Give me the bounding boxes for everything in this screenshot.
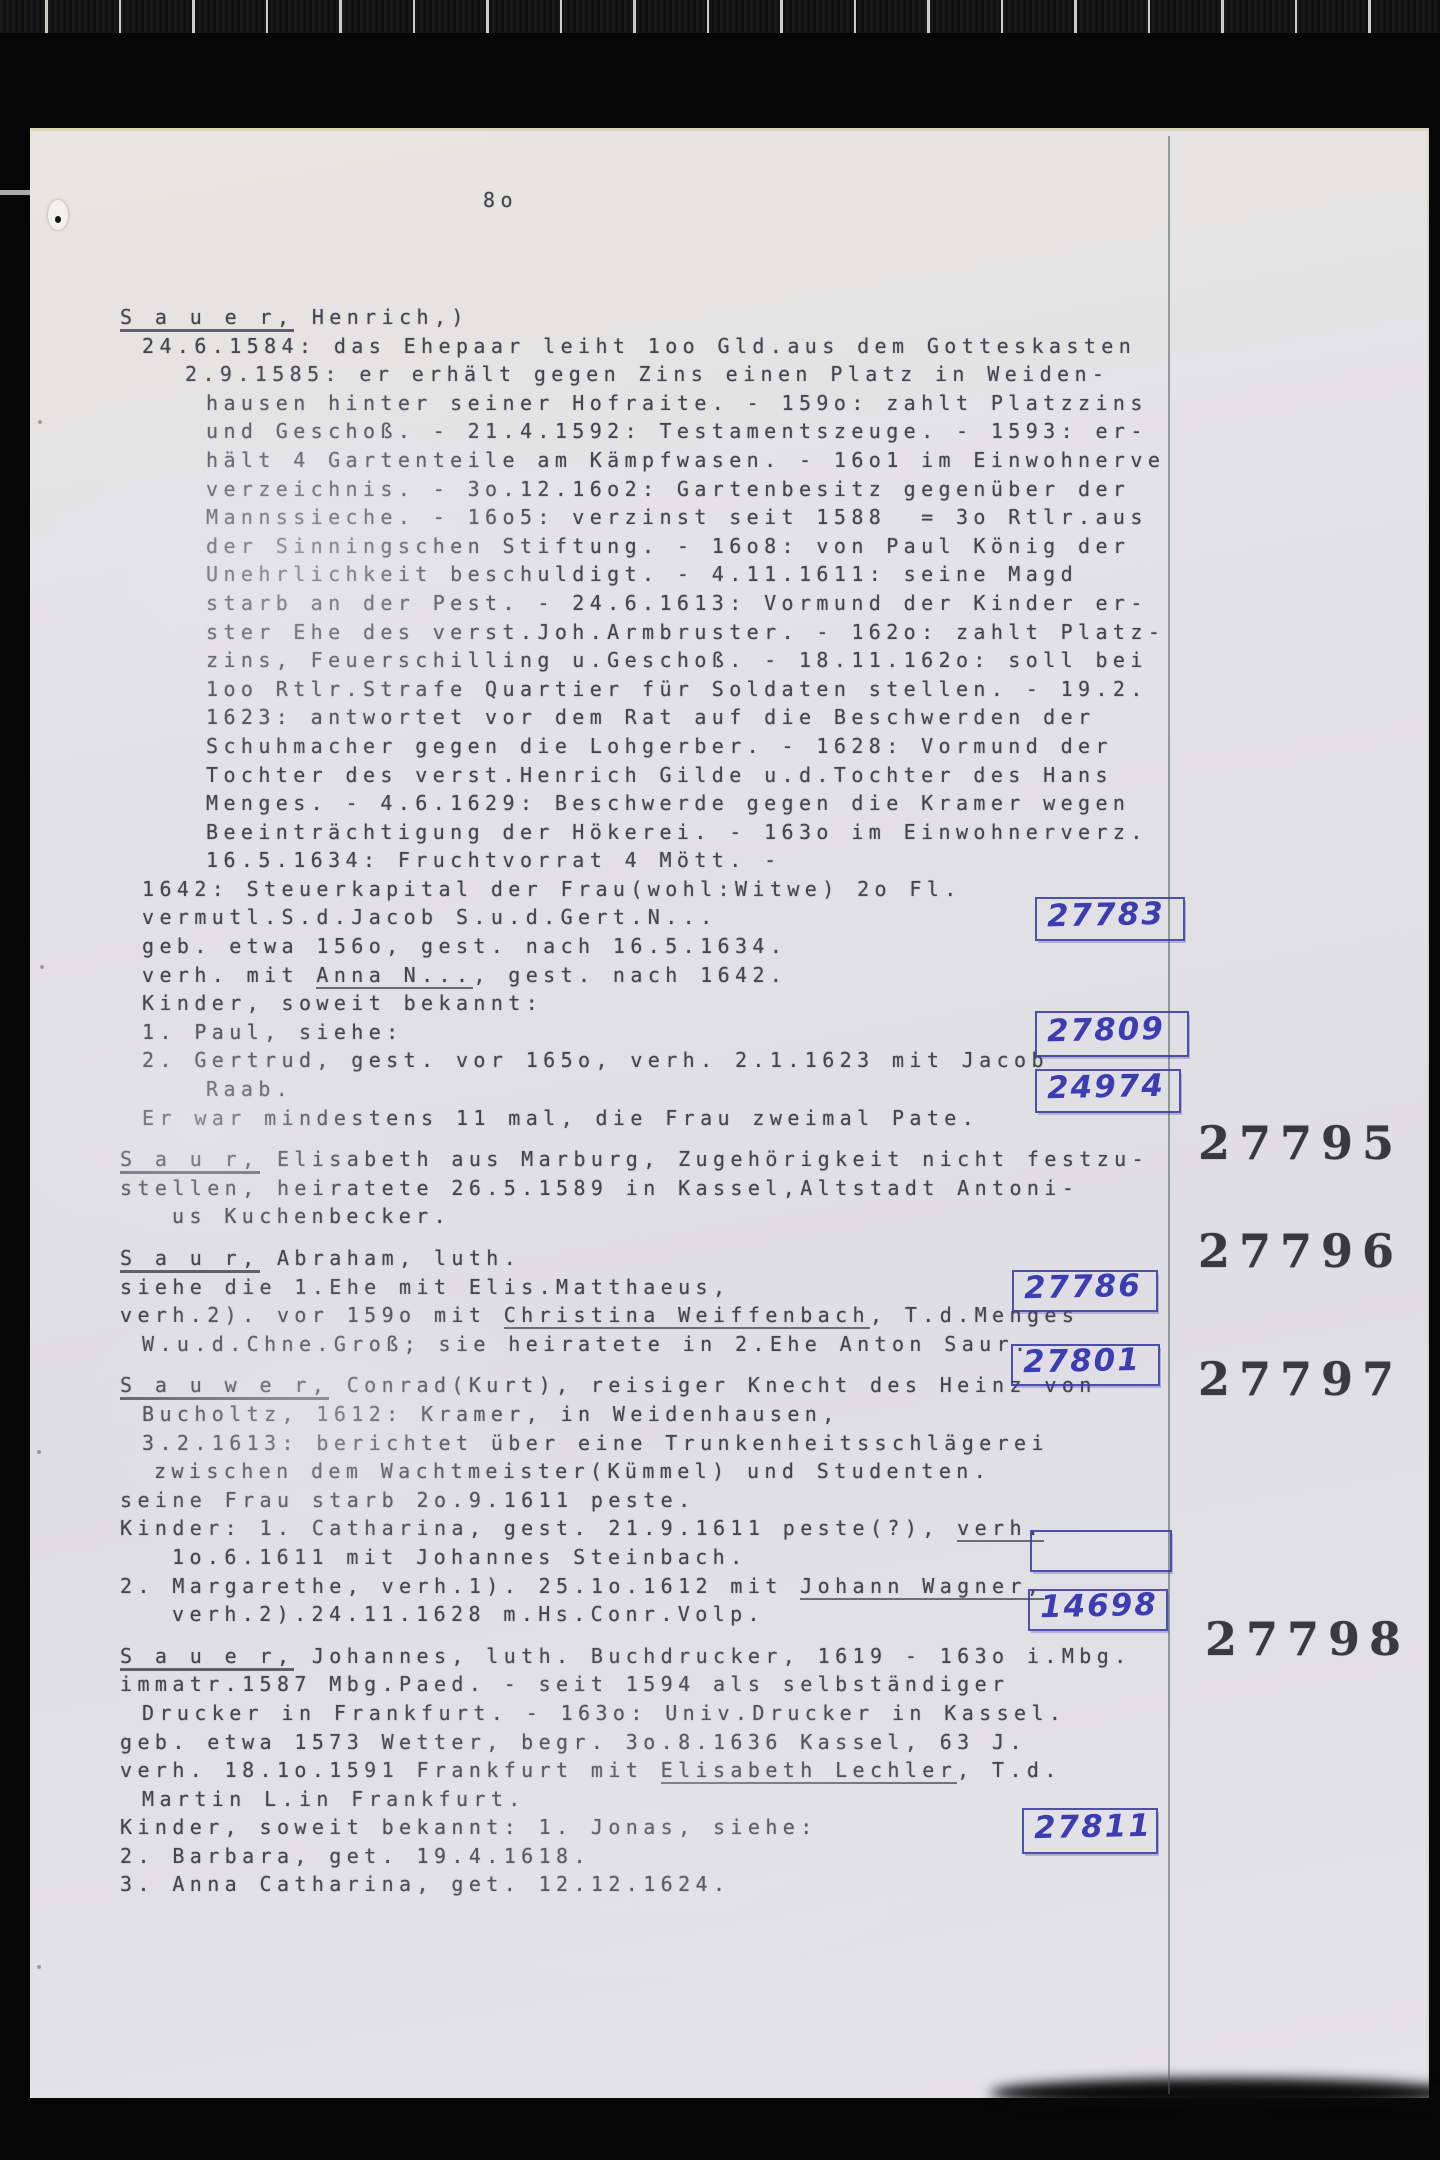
text-line: verh. mit Anna N..., gest. nach 1642. bbox=[120, 961, 1350, 990]
text-line: Martin L.in Frankfurt. bbox=[120, 1785, 1350, 1814]
film-frame-tick bbox=[1295, 0, 1298, 33]
text-segment: 24.6.1584: das Ehepaar leiht 1oo Gld.aus… bbox=[142, 334, 1136, 358]
text-segment: Tochter des verst.Henrich Gilde u.d.Toch… bbox=[206, 763, 1113, 787]
text-segment: und Geschoß. - 21.4.1592: Testamentszeug… bbox=[206, 419, 1148, 443]
text-line: seine Frau starb 2o.9.1611 peste. bbox=[120, 1486, 1350, 1515]
text-segment: hausen hinter seiner Hofraite. - 159o: z… bbox=[206, 391, 1148, 415]
text-segment: 1. Paul, siehe: bbox=[142, 1020, 404, 1044]
film-frame-tick bbox=[486, 0, 489, 33]
film-frame-tick bbox=[633, 0, 636, 33]
reference-number-box: 24974 bbox=[1035, 1069, 1181, 1113]
text-line: Schuhmacher gegen die Lohgerber. - 1628:… bbox=[120, 732, 1350, 761]
text-line: Kinder, soweit bekannt: 1. Jonas, siehe: bbox=[120, 1813, 1350, 1842]
text-segment: 1oo Rtlr.Strafe Quartier für Soldaten st… bbox=[206, 677, 1148, 701]
entry-name: S a u e r, bbox=[120, 1644, 294, 1671]
text-line: 16.5.1634: Fruchtvorrat 4 Mött. - bbox=[120, 846, 1350, 875]
dust-speck bbox=[37, 1965, 41, 1969]
text-segment: Abraham, luth. bbox=[260, 1246, 522, 1270]
text-line: 1oo Rtlr.Strafe Quartier für Soldaten st… bbox=[120, 675, 1350, 704]
text-segment: Henrich,) bbox=[294, 305, 468, 329]
entry-section: S a u e r, Johannes, luth. Buchdrucker, … bbox=[120, 1642, 1350, 1899]
stamped-number: 27795 bbox=[1198, 1120, 1403, 1166]
underlined-name: Johann Wagner, bbox=[800, 1574, 1044, 1600]
text-segment: Beeinträchtigung der Hökerei. - 163o im … bbox=[206, 820, 1148, 844]
document-page: 8o S a u e r, Henrich,)24.6.1584: das Eh… bbox=[30, 128, 1429, 2098]
text-line: hält 4 Gartenteile am Kämpfwasen. - 16o1… bbox=[120, 446, 1350, 475]
text-line: verh.2). vor 159o mit Christina Weiffenb… bbox=[120, 1301, 1350, 1330]
film-frame-tick bbox=[1368, 0, 1371, 33]
text-line: us Kuchenbecker. bbox=[120, 1202, 1350, 1231]
text-segment: stellen, heiratete 26.5.1589 in Kassel,A… bbox=[120, 1176, 1079, 1200]
reference-number-value: 24974 bbox=[1037, 1066, 1180, 1109]
text-segment: 3. Anna Catharina, get. 12.12.1624. bbox=[120, 1872, 730, 1896]
text-line: 2.9.1585: er erhält gegen Zins einen Pla… bbox=[120, 360, 1350, 389]
text-line: und Geschoß. - 21.4.1592: Testamentszeug… bbox=[120, 417, 1350, 446]
text-line: W.u.d.Chne.Groß; sie heiratete in 2.Ehe … bbox=[120, 1330, 1350, 1359]
bottom-edge-shadow bbox=[990, 2078, 1440, 2108]
text-segment: starb an der Pest. - 24.6.1613: Vormund … bbox=[206, 591, 1148, 615]
text-segment: Raab. bbox=[206, 1077, 293, 1101]
text-segment: Kinder, soweit bekannt: 1. Jonas, siehe: bbox=[120, 1815, 818, 1839]
text-segment: 2.9.1585: er erhält gegen Zins einen Pla… bbox=[185, 362, 1109, 386]
entry-heading-line: S a u w e r, Conrad(Kurt), reisiger Knec… bbox=[120, 1371, 1350, 1400]
film-frame-tick bbox=[1148, 0, 1151, 33]
entry-section: S a u r, Abraham, luth.siehe die 1.Ehe m… bbox=[120, 1244, 1350, 1358]
entry-name: S a u w e r, bbox=[120, 1373, 329, 1400]
text-line: siehe die 1.Ehe mit Elis.Matthaeus, bbox=[120, 1273, 1350, 1302]
text-segment: , T.d. bbox=[957, 1758, 1062, 1782]
film-frame-tick bbox=[854, 0, 857, 33]
reference-number-box: 27786 bbox=[1012, 1270, 1158, 1312]
film-edge-strip bbox=[0, 0, 1440, 33]
text-segment: 1642: Steuerkapital der Frau(wohl:Witwe)… bbox=[142, 877, 962, 901]
entry-name: S a u r, bbox=[120, 1147, 260, 1174]
text-segment: geb. etwa 156o, gest. nach 16.5.1634. bbox=[142, 934, 787, 958]
film-frame-tick bbox=[927, 0, 930, 33]
text-line: verh. 18.1o.1591 Frankfurt mit Elisabeth… bbox=[120, 1756, 1350, 1785]
reference-number-box: 27809 bbox=[1035, 1011, 1189, 1057]
text-segment: Menges. - 4.6.1629: Beschwerde gegen die… bbox=[206, 791, 1130, 815]
text-segment: us Kuchenbecker. bbox=[172, 1204, 451, 1228]
reference-number-box: 27801 bbox=[1011, 1344, 1160, 1386]
text-line: zins, Feuerschilling u.Geschoß. - 18.11.… bbox=[120, 646, 1350, 675]
text-segment: hält 4 Gartenteile am Kämpfwasen. - 16o1… bbox=[206, 448, 1165, 472]
stamped-number: 27798 bbox=[1205, 1616, 1410, 1662]
text-line: 3. Anna Catharina, get. 12.12.1624. bbox=[120, 1870, 1350, 1899]
text-segment: Bucholtz, 1612: Kramer, in Weidenhausen, bbox=[142, 1402, 840, 1426]
text-segment: verh. 18.1o.1591 Frankfurt mit bbox=[120, 1758, 661, 1782]
film-frame-tick bbox=[1221, 0, 1224, 33]
film-frame-tick bbox=[413, 0, 416, 33]
dust-speck bbox=[37, 1450, 41, 1454]
film-frame-tick bbox=[45, 0, 48, 33]
text-segment: W.u.d.Chne.Groß; sie heiratete in 2.Ehe … bbox=[142, 1332, 1032, 1356]
text-line: verzeichnis. - 3o.12.16o2: Gartenbesitz … bbox=[120, 475, 1350, 504]
page-number: 8o bbox=[483, 188, 518, 212]
text-line: hausen hinter seiner Hofraite. - 159o: z… bbox=[120, 389, 1350, 418]
text-segment: seine Frau starb 2o.9.1611 peste. bbox=[120, 1488, 696, 1512]
text-segment: Kinder, soweit bekannt: bbox=[142, 991, 543, 1015]
text-line: Unehrlichkeit beschuldigt. - 4.11.1611: … bbox=[120, 560, 1350, 589]
text-segment: zwischen dem Wachtmeister(Kümmel) und St… bbox=[154, 1459, 991, 1483]
dust-speck bbox=[38, 420, 42, 424]
text-line: Drucker in Frankfurt. - 163o: Univ.Druck… bbox=[120, 1699, 1350, 1728]
film-frame-tick bbox=[192, 0, 195, 33]
film-frame-tick bbox=[560, 0, 563, 33]
stamped-number: 27796 bbox=[1198, 1228, 1403, 1274]
text-line: der Sinningschen Stiftung. - 16o8: von P… bbox=[120, 532, 1350, 561]
text-segment: zins, Feuerschilling u.Geschoß. - 18.11.… bbox=[206, 648, 1148, 672]
microfilm-scan-background: 8o S a u e r, Henrich,)24.6.1584: das Eh… bbox=[0, 0, 1440, 2160]
text-segment: 1623: antwortet vor dem Rat auf die Besc… bbox=[206, 705, 1096, 729]
text-segment: vermutl.S.d.Jacob S.u.d.Gert.N... bbox=[142, 905, 718, 929]
text-segment: Schuhmacher gegen die Lohgerber. - 1628:… bbox=[206, 734, 1113, 758]
underlined-name: Anna N... bbox=[316, 963, 473, 989]
text-segment: , gest. nach 1642. bbox=[473, 963, 787, 987]
text-segment: Elisabeth aus Marburg, Zugehörigkeit nic… bbox=[260, 1147, 1150, 1171]
reference-number-value: 27783 bbox=[1037, 893, 1184, 936]
reference-number-value: 27801 bbox=[1013, 1340, 1159, 1381]
text-line: Bucholtz, 1612: Kramer, in Weidenhausen, bbox=[120, 1400, 1350, 1429]
text-line: immatr.1587 Mbg.Paed. - seit 1594 als se… bbox=[120, 1670, 1350, 1699]
reference-number-value: 27809 bbox=[1037, 1007, 1188, 1052]
entry-heading-line: S a u e r, Henrich,) bbox=[120, 303, 1350, 332]
reference-number-value: 27786 bbox=[1014, 1267, 1157, 1308]
text-segment: verh.2).24.11.1628 m.Hs.Conr.Volp. bbox=[172, 1602, 765, 1626]
text-segment: der Sinningschen Stiftung. - 16o8: von P… bbox=[206, 534, 1130, 558]
text-line: starb an der Pest. - 24.6.1613: Vormund … bbox=[120, 589, 1350, 618]
text-segment: Er war mindestens 11 mal, die Frau zweim… bbox=[142, 1106, 979, 1130]
text-segment: verh. mit bbox=[142, 963, 316, 987]
film-frame-tick bbox=[119, 0, 122, 33]
text-segment: 16.5.1634: Fruchtvorrat 4 Mött. - bbox=[206, 848, 782, 872]
text-line: zwischen dem Wachtmeister(Kümmel) und St… bbox=[120, 1457, 1350, 1486]
reference-number-box: 27783 bbox=[1035, 897, 1185, 941]
dust-speck bbox=[40, 965, 44, 969]
film-frame-tick bbox=[1001, 0, 1004, 33]
text-line: stellen, heiratete 26.5.1589 in Kassel,A… bbox=[120, 1174, 1350, 1203]
text-segment: Conrad(Kurt), reisiger Knecht des Heinz … bbox=[329, 1373, 1096, 1397]
text-line: ster Ehe des verst.Joh.Armbruster. - 162… bbox=[120, 618, 1350, 647]
text-segment: siehe die 1.Ehe mit Elis.Matthaeus, bbox=[120, 1275, 730, 1299]
text-segment: 2. Gertrud, gest. vor 165o, verh. 2.1.16… bbox=[142, 1048, 1049, 1072]
reference-number-box bbox=[1030, 1530, 1172, 1572]
entry-heading-line: S a u e r, Johannes, luth. Buchdrucker, … bbox=[120, 1642, 1350, 1671]
reference-number-value: 27811 bbox=[1024, 1805, 1157, 1850]
text-segment: Kinder: 1. Catharina, gest. 21.9.1611 pe… bbox=[120, 1516, 957, 1540]
text-segment: 2. Barbara, get. 19.4.1618. bbox=[120, 1844, 591, 1868]
text-segment: 3.2.1613: berichtet über eine Trunkenhei… bbox=[142, 1431, 1049, 1455]
text-line: geb. etwa 1573 Wetter, begr. 3o.8.1636 K… bbox=[120, 1728, 1350, 1757]
punch-hole-mark bbox=[48, 200, 68, 230]
entry-section: S a u r, Elisabeth aus Marburg, Zugehöri… bbox=[120, 1145, 1350, 1231]
text-segment: ster Ehe des verst.Joh.Armbruster. - 162… bbox=[206, 620, 1165, 644]
text-segment: Johannes, luth. Buchdrucker, 1619 - 163o… bbox=[294, 1644, 1131, 1668]
underlined-name: Elisabeth Lechler bbox=[661, 1758, 958, 1784]
film-frame-tick bbox=[339, 0, 342, 33]
left-margin-mark bbox=[0, 190, 30, 195]
text-segment: immatr.1587 Mbg.Paed. - seit 1594 als se… bbox=[120, 1672, 1010, 1696]
text-line: 1623: antwortet vor dem Rat auf die Besc… bbox=[120, 703, 1350, 732]
film-frame-tick bbox=[707, 0, 710, 33]
reference-number-box: 14698 bbox=[1028, 1589, 1168, 1631]
text-line: 2. Barbara, get. 19.4.1618. bbox=[120, 1842, 1350, 1871]
text-segment: 1o.6.1611 mit Johannes Steinbach. bbox=[172, 1545, 748, 1569]
text-segment: Drucker in Frankfurt. - 163o: Univ.Druck… bbox=[142, 1701, 1066, 1725]
text-segment: Unehrlichkeit beschuldigt. - 4.11.1611: … bbox=[206, 562, 1078, 586]
stamped-number: 27797 bbox=[1198, 1356, 1403, 1402]
entry-heading-line: S a u r, Elisabeth aus Marburg, Zugehöri… bbox=[120, 1145, 1350, 1174]
reference-number-box: 27811 bbox=[1022, 1808, 1158, 1854]
text-line: Menges. - 4.6.1629: Beschwerde gegen die… bbox=[120, 789, 1350, 818]
text-segment: verh.2). vor 159o mit bbox=[120, 1303, 504, 1327]
text-segment: Mannssieche. - 16o5: verzinst seit 1588 … bbox=[206, 505, 1148, 529]
film-frame-tick bbox=[780, 0, 783, 33]
entry-heading-line: S a u r, Abraham, luth. bbox=[120, 1244, 1350, 1273]
text-segment: Martin L.in Frankfurt. bbox=[142, 1787, 526, 1811]
text-segment: verzeichnis. - 3o.12.16o2: Gartenbesitz … bbox=[206, 477, 1130, 501]
text-line: 24.6.1584: das Ehepaar leiht 1oo Gld.aus… bbox=[120, 332, 1350, 361]
film-frame-tick bbox=[266, 0, 269, 33]
entry-name: S a u r, bbox=[120, 1246, 260, 1273]
reference-number-value: 14698 bbox=[1030, 1586, 1167, 1627]
film-frame-tick bbox=[1074, 0, 1077, 33]
text-segment: 2. Margarethe, verh.1). 25.1o.1612 mit bbox=[120, 1574, 800, 1598]
underlined-name: Christina Weiffenbach bbox=[504, 1303, 870, 1329]
text-line: Tochter des verst.Henrich Gilde u.d.Toch… bbox=[120, 761, 1350, 790]
text-segment: geb. etwa 1573 Wetter, begr. 3o.8.1636 K… bbox=[120, 1730, 1027, 1754]
text-line: Beeinträchtigung der Hökerei. - 163o im … bbox=[120, 818, 1350, 847]
text-line: 3.2.1613: berichtet über eine Trunkenhei… bbox=[120, 1429, 1350, 1458]
text-line: Mannssieche. - 16o5: verzinst seit 1588 … bbox=[120, 503, 1350, 532]
entry-name: S a u e r, bbox=[120, 305, 294, 332]
